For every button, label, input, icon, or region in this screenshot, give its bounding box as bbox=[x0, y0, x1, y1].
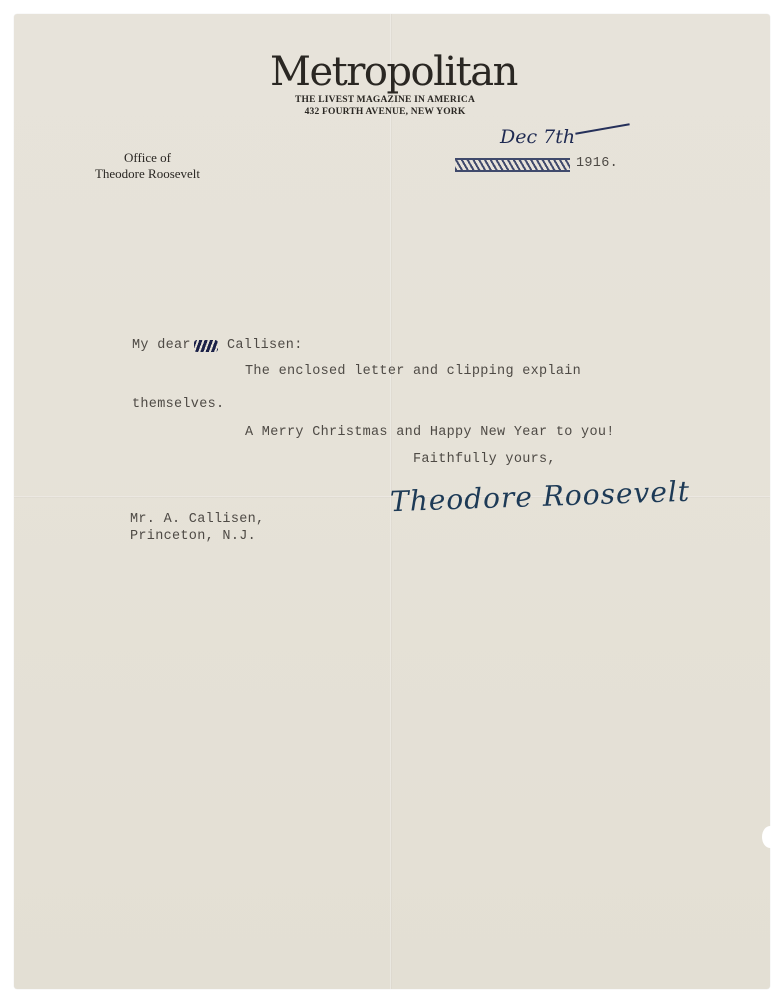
office-of-label: Office of bbox=[80, 150, 215, 166]
handwritten-date: Dec 7th bbox=[500, 126, 575, 148]
closing: Faithfully yours, bbox=[413, 452, 556, 467]
letterhead-address: 432 FOURTH AVENUE, NEW YORK bbox=[270, 106, 500, 118]
recipient-name: Mr. A. Callisen, bbox=[130, 512, 264, 527]
edge-notch bbox=[762, 826, 778, 848]
salutation-start: My dear bbox=[132, 338, 191, 353]
letterhead-brand: Metropolitan bbox=[270, 50, 500, 94]
body-line-3: A Merry Christmas and Happy New Year to … bbox=[245, 425, 615, 440]
recipient-location: Princeton, N.J. bbox=[130, 529, 256, 544]
body-line-2: themselves. bbox=[132, 397, 224, 412]
letterhead: Metropolitan THE LIVEST MAGAZINE IN AMER… bbox=[270, 50, 500, 118]
body-line-1: The enclosed letter and clipping explain bbox=[245, 364, 581, 379]
struck-original-date bbox=[455, 158, 570, 172]
office-owner-name: Theodore Roosevelt bbox=[80, 166, 215, 182]
salutation-name: Callisen: bbox=[227, 338, 303, 353]
handwritten-salutation-mark bbox=[194, 340, 218, 352]
letterhead-tagline: THE LIVEST MAGAZINE IN AMERICA bbox=[270, 94, 500, 106]
office-block: Office of Theodore Roosevelt bbox=[80, 150, 215, 182]
date-year: 1916. bbox=[576, 156, 618, 171]
